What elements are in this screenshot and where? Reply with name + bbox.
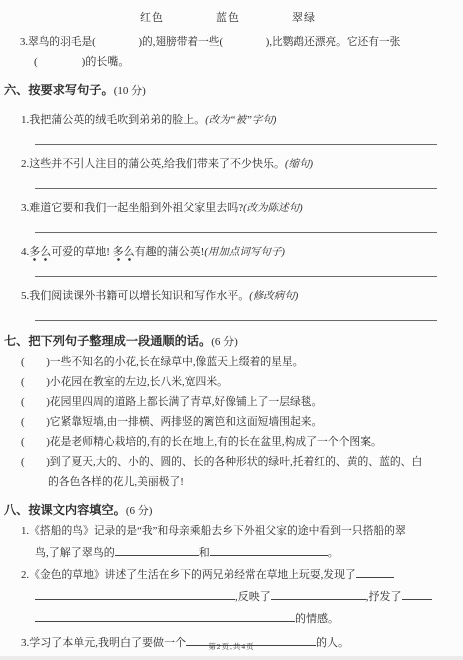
sequence-sentence-6-continued: 的各色各样的花儿,美丽极了! — [48, 472, 455, 492]
question-text: 2.这些并不引人注目的蒲公英,给我们带来了不少快乐。 — [21, 158, 285, 170]
question-note: (缩句) — [285, 159, 313, 170]
write-question-5: 5.我们阅读课外书籍可以增长知识和写作水平。(修改病句) — [21, 286, 455, 307]
fill-in-blank — [210, 542, 328, 556]
recall-question-2-line1: 2.《金色的草地》讲述了生活在乡下的两兄弟经常在草地上玩耍,发现了 — [21, 564, 455, 586]
sequence-sentence-1: ( )一些不知名的小花,长在绿草中,像蓝天上缀着的星星。 — [21, 352, 455, 372]
answer-line — [35, 276, 437, 277]
question-text: 有趣的蒲公英! — [135, 246, 205, 258]
emphasized-word: 多么 — [29, 246, 51, 261]
question-note: (改为“被”字句) — [205, 115, 276, 126]
recall-question-1-line2: 鸟,了解了翠鸟的和。 — [35, 542, 455, 564]
word-bank-option-blue: 蓝色 — [216, 10, 240, 26]
question-text: 3.难道它要和我们一起坐船到外祖父家里去吗? — [21, 202, 243, 214]
sequence-sentence-2: ( )小花园在教室的左边,长八米,宽四米。 — [21, 372, 455, 392]
section-7-title-text: 七、把下列句子整理成一段通顺的话。 — [4, 334, 211, 348]
sequence-sentence-4: ( )它紧靠短墙,由一排横、两排竖的篱笆和这面短墙围起来。 — [21, 412, 455, 432]
question-text: ,反映了 — [235, 591, 271, 603]
question-text: 。 — [328, 547, 339, 559]
recall-question-2-line2: ,反映了,抒发了 — [35, 586, 455, 608]
page-edge — [0, 656, 463, 660]
question-text: 2.《金色的草地》讲述了生活在乡下的两兄弟经常在草地上玩耍,发现了 — [21, 569, 356, 581]
write-question-1: 1.我把蒲公英的绒毛吹到弟弟的脸上。(改为“被”字句) — [21, 110, 455, 131]
question-text: ,抒发了 — [366, 591, 402, 603]
answer-line — [35, 144, 437, 145]
section-8-title: 八、按课文内容填空。(6 分) — [4, 500, 455, 521]
question-text: 和 — [199, 547, 210, 559]
write-question-2: 2.这些并不引人注目的蒲公英,给我们带来了不少快乐。(缩句) — [21, 154, 455, 175]
answer-line — [35, 320, 437, 321]
emphasized-word: 多么 — [113, 246, 135, 261]
section-6-title-text: 六、按要求写句子。 — [4, 83, 114, 97]
question-text: 的情感。 — [295, 613, 339, 625]
question-text: 1.我把蒲公英的绒毛吹到弟弟的脸上。 — [21, 114, 205, 126]
section-7-title: 七、把下列句子整理成一段通顺的话。(6 分) — [4, 331, 455, 352]
answer-line — [35, 232, 437, 233]
fill-in-blank — [356, 564, 394, 578]
section-7-points: (6 分) — [211, 336, 238, 348]
sequence-sentence-5: ( )花是老师精心栽培的,有的长在地上,有的长在盆里,构成了一个个图案。 — [21, 432, 455, 452]
recall-question-2-line3: 的情感。 — [35, 608, 455, 630]
page-number-footer: 第2页,共4页 — [0, 641, 463, 652]
fill-in-blank — [35, 586, 235, 600]
section-8-title-text: 八、按课文内容填空。 — [4, 503, 126, 517]
question-text: 可爱的草地! — [51, 246, 112, 258]
question-note: (修改病句) — [249, 291, 298, 302]
question-number: 4. — [21, 246, 29, 258]
recall-question-1-line1: 1.《搭船的鸟》记录的是“我”和母亲乘船去乡下外祖父家的途中看到一只搭船的翠 — [21, 521, 455, 542]
question-note: (用加点词写句子) — [204, 247, 285, 258]
word-bank-option-emerald: 翠绿 — [292, 10, 316, 26]
section-6-points: (10 分) — [114, 85, 146, 97]
section-6-title: 六、按要求写句子。(10 分) — [4, 80, 455, 101]
write-question-3: 3.难道它要和我们一起坐船到外祖父家里去吗?(改为陈述句) — [21, 198, 455, 219]
fill-in-blank — [402, 586, 432, 600]
question-text: 5.我们阅读课外书籍可以增长知识和写作水平。 — [21, 290, 249, 302]
test-paper-page: 红色蓝色翠绿 3.翠鸟的羽毛是( )的,翅膀带着一些( ),比鹦鹉还漂亮。它还有… — [0, 0, 463, 654]
word-bank: 红色蓝色翠绿 — [4, 10, 455, 26]
sequence-sentence-6: ( )到了夏天,大的、小的、圆的、长的各种形状的绿叶,托着红的、黄的、蓝的、白 — [21, 452, 455, 472]
answer-line — [35, 188, 437, 189]
fill-in-blank — [35, 608, 295, 622]
question-note: (改为陈述句) — [243, 203, 303, 214]
question-text: 鸟,了解了翠鸟的 — [35, 547, 115, 559]
fill-question-3-line2: ( )的长嘴。 — [34, 52, 455, 72]
section-8-points: (6 分) — [126, 505, 153, 517]
fill-question-3-line1: 3.翠鸟的羽毛是( )的,翅膀带着一些( ),比鹦鹉还漂亮。它还有一张 — [20, 32, 455, 52]
word-bank-option-red: 红色 — [140, 10, 164, 26]
sequence-sentence-3: ( )花园里四周的道路上都长满了青草,好像铺上了一层绿毯。 — [21, 392, 455, 412]
fill-in-blank — [115, 542, 199, 556]
fill-in-blank — [271, 586, 366, 600]
write-question-4: 4.多么可爱的草地! 多么有趣的蒲公英!(用加点词写句子) — [21, 242, 455, 263]
